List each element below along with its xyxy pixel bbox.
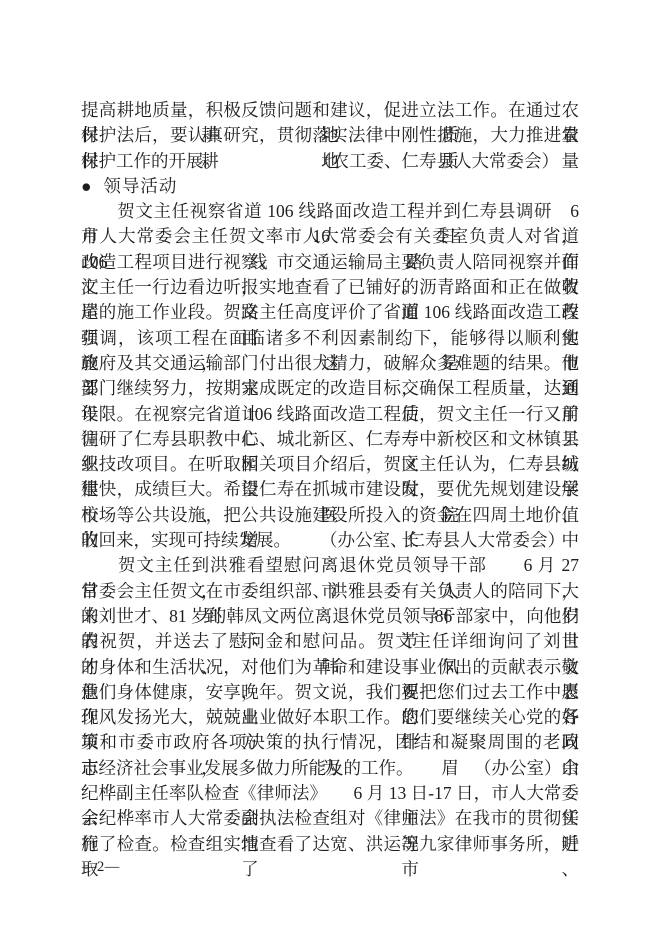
document-page: 提高耕地质量，积极反馈问题和建议，促进立法工作。在通过农村耕地质量保护法后，要认…	[0, 0, 662, 936]
text-line: 常委会主任贺文在市委组织部、洪雅县委有关负责人的陪同下，来到 86 岁	[81, 579, 579, 604]
text-line: 提高耕地质量，积极反馈问题和建议，促进立法工作。在通过农村耕地质量	[81, 98, 579, 123]
text-line: 政府及其交通运输部门付出很大精力，破解众多难题的结果。他要求交通	[81, 351, 579, 376]
text-line: 贺文主任视察省道 106 线路面改造工程并到仁寿县调研 6 月 16 日，	[81, 199, 579, 224]
text-line: 的祝贺，并送去了慰问金和慰问品。贺文主任详细询问了刘世才、韩凤文	[81, 629, 579, 654]
line-text: 收回来，实现可持续发展。	[81, 528, 291, 553]
text-line: 织技改项目。在听取相关项目介绍后，贺文主任认为，仁寿县城建设发展	[81, 452, 579, 477]
text-line: 的身体和生活状况，对他们为革命和建设事业作出的贡献表示敬意，祝愿	[81, 655, 579, 680]
text-line: 部门继续努力，按期完成既定的改造目标，确保工程质量，达到设计使用	[81, 376, 579, 401]
text-line: 保护工作的开展。（农工委、仁寿县人大常委会）	[81, 149, 579, 174]
text-line: 保护法后，要认真研究，贯彻落实法律中刚性措施，大力推进农村耕地质量	[81, 123, 579, 148]
attribution-text: （办公室）余	[474, 756, 579, 781]
text-line: 强调，该项工程在面临诸多不利因素制约下，能够得以顺利实施，这是市	[81, 326, 579, 351]
text-line: 的刘世才、81 岁的韩凤文两位离退休党员领导干部家中，向他们表示节日	[81, 604, 579, 629]
text-line: 贺文主任到洪雅看望慰问离退休党员领导干部 6 月 27 日，市人大	[81, 553, 579, 578]
text-line: 作风发扬光大，兢兢业业做好本职工作。您们要继续关心党的各项方针政	[81, 705, 579, 730]
text-line: 策和市委市政府各项决策的执行情况，团结和凝聚周围的老同志，为眉山	[81, 730, 579, 755]
text-line: 文主任一行边看边听，实地查看了已铺好的沥青路面和正在做收尾路面改	[81, 275, 579, 300]
page-number: —2—	[82, 859, 120, 876]
line-text: 市经济社会事业发展多做力所能及的工作。	[81, 756, 414, 781]
text-line: 收回来，实现可持续发展。（办公室、仁寿县人大常委会）	[81, 528, 579, 553]
text-line: 调研了仁寿县职教中心、城北新区、仁寿一中新校区和文林镇工业园区纺	[81, 427, 579, 452]
text-line: 市场等公共设施，把公共设施建设所投入的资金在四周土地价值的增长中	[81, 503, 579, 528]
text-line: 改造工程项目进行视察。市交通运输局主要负责人陪同视察并作汇报。贺	[81, 250, 579, 275]
text-line: 年限。在视察完省道 106 线路面改造工程后，贺文主任一行又前往仁寿县	[81, 402, 579, 427]
text-line: 余纪桦率市人大常委会执法检查组对《律师法》在我市的贯彻实施情况进	[81, 806, 579, 831]
attribution-text: （农工委、仁寿县人大常委会）	[314, 149, 559, 174]
document-text-block: 提高耕地质量，积极反馈问题和建议，促进立法工作。在通过农村耕地质量保护法后，要认…	[81, 98, 579, 857]
text-line: 他们身体健康，安享晚年。贺文说，我们要把您们过去工作中表现出的好	[81, 680, 579, 705]
section-heading-bullet: ● 领导活动	[81, 174, 579, 199]
text-line: 很快，成绩巨大。希望仁寿在抓城市建设时，要优先规划建设学校、医院、	[81, 477, 579, 502]
text-line: 市经济社会事业发展多做力所能及的工作。（办公室）余	[81, 756, 579, 781]
text-line: 市人大常委会主任贺文率市人大常委会有关委室负责人对省道 106 线路面	[81, 224, 579, 249]
attribution-text: （办公室、仁寿县人大常委会）	[320, 528, 565, 553]
text-line: 纪桦副主任率队检查《律师法》 6 月 13 日-17 日，市人大常委会副主任	[81, 781, 579, 806]
text-line: 行了检查。检查组实地查看了达宽、洪运等九家律师事务所，听取了市、	[81, 832, 579, 857]
text-line: 造的施工作业段。贺文主任高度评价了省道 106 线路面改造工程项目。他	[81, 300, 579, 325]
line-text: 保护工作的开展。	[81, 149, 221, 174]
